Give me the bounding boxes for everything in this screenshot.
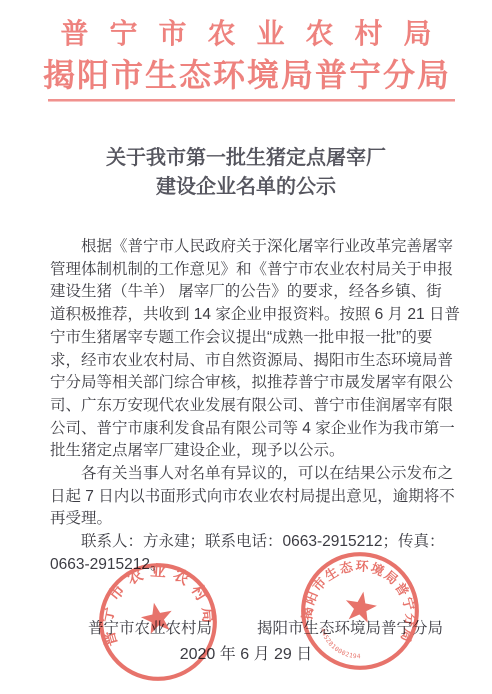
signature-date: 2020 年 6 月 29 日 xyxy=(0,641,492,664)
signature-left: 普宁市农业农村局 xyxy=(88,616,212,638)
body-line: 公司、普宁市康利发食品有限公司等 4 家企业作为我市第一 xyxy=(50,418,460,441)
letterhead-rule xyxy=(48,99,455,102)
body-line: 再受理。 xyxy=(50,508,460,531)
letterhead-line1: 普宁市农业农村局 xyxy=(0,12,492,52)
body-line: 宁市生猪屠宰专题工作会议提出“成熟一批申报一批”的要 xyxy=(50,327,460,350)
title-line1: 关于我市第一批生猪定点屠宰厂 xyxy=(0,144,492,173)
body-line: 道积极推荐，共收到 14 家企业申报资料。按照 6 月 21 日普 xyxy=(50,304,460,327)
body-line: 建设生猪（牛羊） 屠宰厂的公告》的要求，经各乡镇、街 xyxy=(50,281,460,304)
signature-right: 揭阳市生态环境局普宁分局 xyxy=(257,616,443,638)
body-line: 日起 7 日内以书面形式向市农业农村局提出意见，逾期将不 xyxy=(50,486,460,509)
title-line2: 建设企业名单的公示 xyxy=(0,173,492,202)
signature-row: 普宁市农业农村局 揭阳市生态环境局普宁分局 xyxy=(0,616,492,638)
body-line: 批生猪定点屠宰厂建设企业，现予以公示。 xyxy=(50,440,460,463)
body-line: 各有关当事人对名单有异议的，可以在结果公示发布之 xyxy=(50,463,460,486)
body-line: 求，经市农业农村局、市自然资源局、揭阳市生态环境局普 xyxy=(50,350,460,373)
letterhead-line2: 揭阳市生态环境局普宁分局 xyxy=(0,50,492,96)
body-line: 根据《普宁市人民政府关于深化屠宰行业改革完善屠宰 xyxy=(50,236,460,259)
body-line: 管理体制机制的工作意见》和《普宁市农业农村局关于申报 xyxy=(50,259,460,282)
body-line: 0663-2915212。 xyxy=(50,554,460,577)
body-line: 宁分局等相关部门综合审核，拟推荐普宁市晟发屠宰有限公 xyxy=(50,372,460,395)
document-page: 普宁市农业农村局 揭阳市生态环境局普宁分局 关于我市第一批生猪定点屠宰厂 建设企… xyxy=(0,0,492,694)
body-line: 联系人：方永建；联系电话：0663-2915212；传真： xyxy=(50,531,460,554)
page-title: 关于我市第一批生猪定点屠宰厂 建设企业名单的公示 xyxy=(0,144,492,202)
body-line: 司、广东万安现代农业发展有限公司、普宁市佳润屠宰有限 xyxy=(50,395,460,418)
document-body: 根据《普宁市人民政府关于深化屠宰行业改革完善屠宰 管理体制机制的工作意见》和《普… xyxy=(50,236,460,577)
